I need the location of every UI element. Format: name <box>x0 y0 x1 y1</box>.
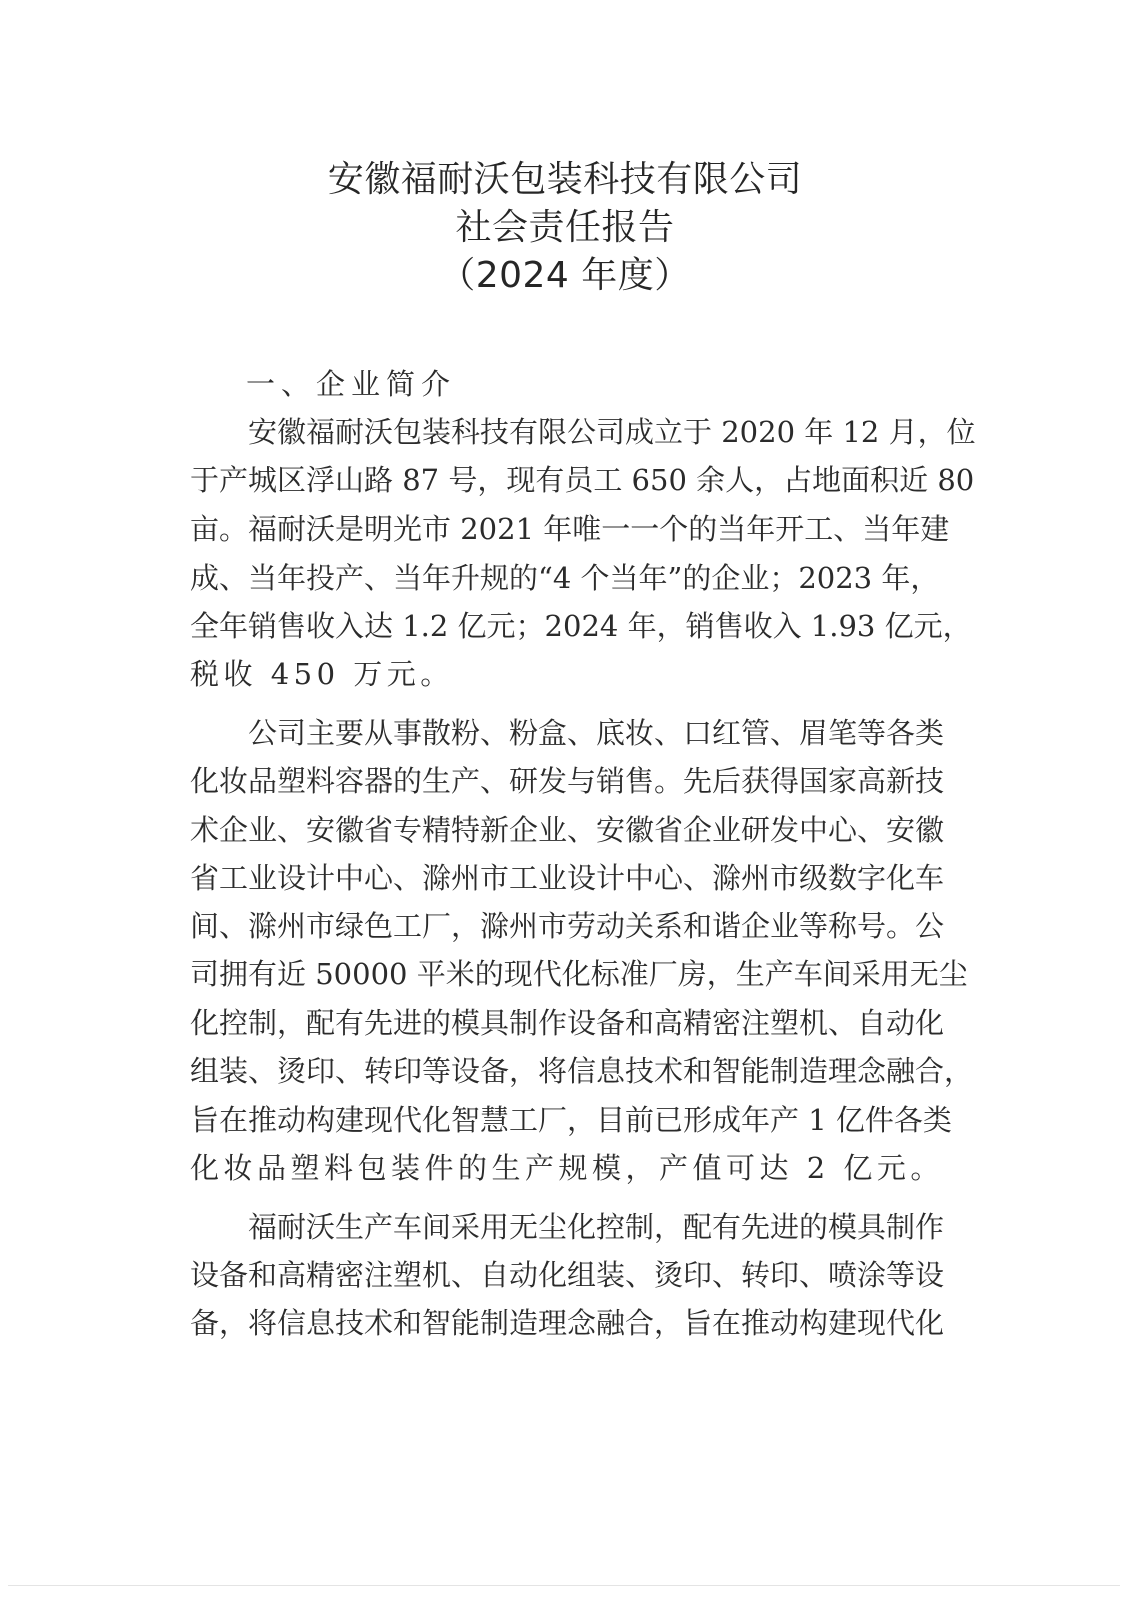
paragraph-line: 化控制，配有先进的模具制作设备和高精密注塑机、自动化 <box>190 1005 926 1041</box>
report-title-year: （2024 年度） <box>0 254 1130 298</box>
paragraph-line: 安徽福耐沃包装科技有限公司成立于 2020 年 12 月，位 <box>248 414 926 450</box>
paragraph-line: 省工业设计中心、滁州市工业设计中心、滁州市级数字化车 <box>190 860 926 896</box>
document-page: 安徽福耐沃包装科技有限公司 社会责任报告 （2024 年度） 一、企业简介 安徽… <box>0 0 1130 1600</box>
paragraph-line: 化妆品塑料容器的生产、研发与销售。先后获得国家高新技 <box>190 763 926 799</box>
paragraph-line: 全年销售收入达 1.2 亿元；2024 年，销售收入 1.93 亿元， <box>190 608 926 644</box>
paragraph-line: 旨在推动构建现代化智慧工厂，目前已形成年产 1 亿件各类 <box>190 1102 926 1138</box>
paragraph-line: 于产城区浮山路 87 号，现有员工 650 余人，占地面积近 80 <box>190 462 926 498</box>
paragraph-line: 设备和高精密注塑机、自动化组装、烫印、转印、喷涂等设 <box>190 1257 926 1293</box>
paragraph-line: 司拥有近 50000 平米的现代化标准厂房，生产车间采用无尘 <box>190 956 926 992</box>
paragraph-line: 组装、烫印、转印等设备，将信息技术和智能制造理念融合， <box>190 1053 926 1089</box>
paragraph-line: 公司主要从事散粉、粉盒、底妆、口红管、眉笔等各类 <box>248 715 926 751</box>
paragraph-line: 税收 450 万元。 <box>190 656 926 692</box>
paragraph-line: 福耐沃生产车间采用无尘化控制，配有先进的模具制作 <box>248 1209 926 1245</box>
paragraph-line: 成、当年投产、当年升规的“4 个当年”的企业；2023 年， <box>190 560 926 596</box>
report-title-main: 社会责任报告 <box>0 206 1130 250</box>
paragraph-line: 间、滁州市绿色工厂，滁州市劳动关系和谐企业等称号。公 <box>190 908 926 944</box>
paragraph-line: 备，将信息技术和智能制造理念融合，旨在推动构建现代化 <box>190 1305 926 1341</box>
paragraph-line: 化妆品塑料包装件的生产规模，产值可达 2 亿元。 <box>190 1150 926 1186</box>
section-heading-company-profile: 一、企业简介 <box>246 366 456 402</box>
report-title-company: 安徽福耐沃包装科技有限公司 <box>0 158 1130 202</box>
paragraph-line: 亩。福耐沃是明光市 2021 年唯一一个的当年开工、当年建 <box>190 511 926 547</box>
scan-edge-line <box>8 1585 1120 1586</box>
paragraph-line: 术企业、安徽省专精特新企业、安徽省企业研发中心、安徽 <box>190 812 926 848</box>
